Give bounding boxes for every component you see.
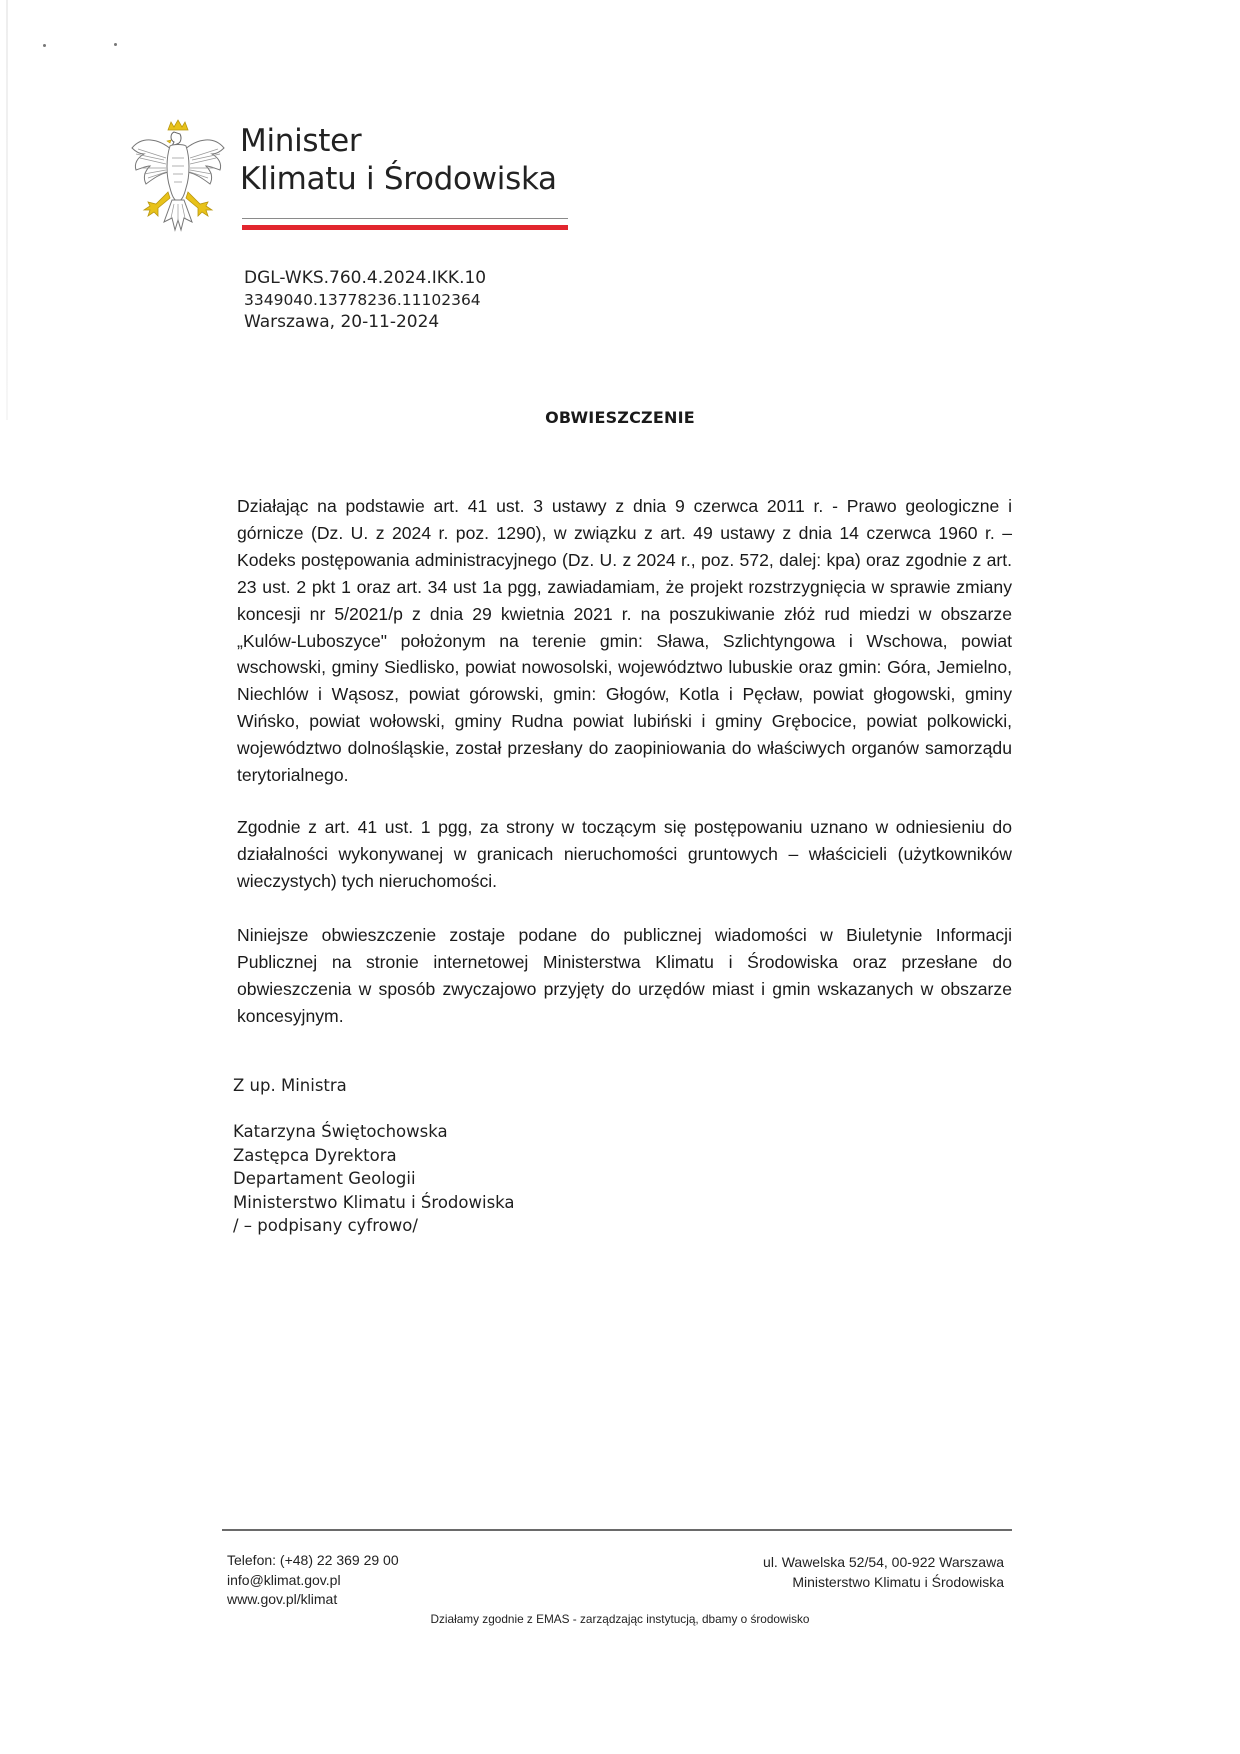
header-divider-grey xyxy=(242,218,568,219)
footer-address: ul. Wawelska 52/54, 00-922 Warszawa Mini… xyxy=(763,1553,1004,1592)
signature-authority: Z up. Ministra xyxy=(233,1074,515,1098)
footer-contact: Telefon: (+48) 22 369 29 00 info@klimat.… xyxy=(227,1551,399,1610)
ministry-name-line2: Klimatu i Środowiska xyxy=(240,160,557,198)
ministry-name: Minister Klimatu i Środowiska xyxy=(240,122,557,198)
footer-institution: Ministerstwo Klimatu i Środowiska xyxy=(763,1573,1004,1593)
signature-block: Z up. Ministra Katarzyna Świętochowska Z… xyxy=(233,1074,515,1238)
footer-street-address: ul. Wawelska 52/54, 00-922 Warszawa xyxy=(763,1553,1004,1573)
footer-email[interactable]: info@klimat.gov.pl xyxy=(227,1571,399,1591)
paragraph-legal-basis: Działając na podstawie art. 41 ust. 3 us… xyxy=(237,493,1012,789)
letterhead: Minister Klimatu i Środowiska xyxy=(128,108,568,238)
ministry-name-line1: Minister xyxy=(240,122,557,160)
signatory-department: Departament Geologii xyxy=(233,1167,515,1191)
paragraph-parties: Zgodnie z art. 41 ust. 1 pgg, za strony … xyxy=(237,814,1012,895)
footer-phone: Telefon: (+48) 22 369 29 00 xyxy=(227,1551,399,1571)
footer-emas-motto: Działamy zgodnie z EMAS - zarządzając in… xyxy=(0,1612,1240,1626)
document-number: 3349040.13778236.11102364 xyxy=(244,289,486,311)
signatory-name: Katarzyna Świętochowska xyxy=(233,1120,515,1144)
white-eagle-emblem-icon xyxy=(128,118,228,236)
scan-dot-artifact xyxy=(43,44,46,47)
reference-block: DGL-WKS.760.4.2024.IKK.10 3349040.137782… xyxy=(244,267,486,333)
footer-website[interactable]: www.gov.pl/klimat xyxy=(227,1590,399,1610)
document-title: OBWIESZCZENIE xyxy=(0,408,1240,427)
scan-dot-artifact xyxy=(114,43,117,46)
header-divider-red xyxy=(242,225,568,230)
footer-divider xyxy=(222,1529,1012,1531)
paragraph-publication: Niniejsze obwieszczenie zostaje podane d… xyxy=(237,922,1012,1030)
scan-edge-artifact xyxy=(6,0,8,420)
signatory-ministry: Ministerstwo Klimatu i Środowiska xyxy=(233,1191,515,1215)
digital-signature-note: / – podpisany cyfrowo/ xyxy=(233,1214,515,1238)
place-and-date: Warszawa, 20-11-2024 xyxy=(244,311,486,333)
case-number: DGL-WKS.760.4.2024.IKK.10 xyxy=(244,267,486,289)
signatory-position: Zastępca Dyrektora xyxy=(233,1144,515,1168)
